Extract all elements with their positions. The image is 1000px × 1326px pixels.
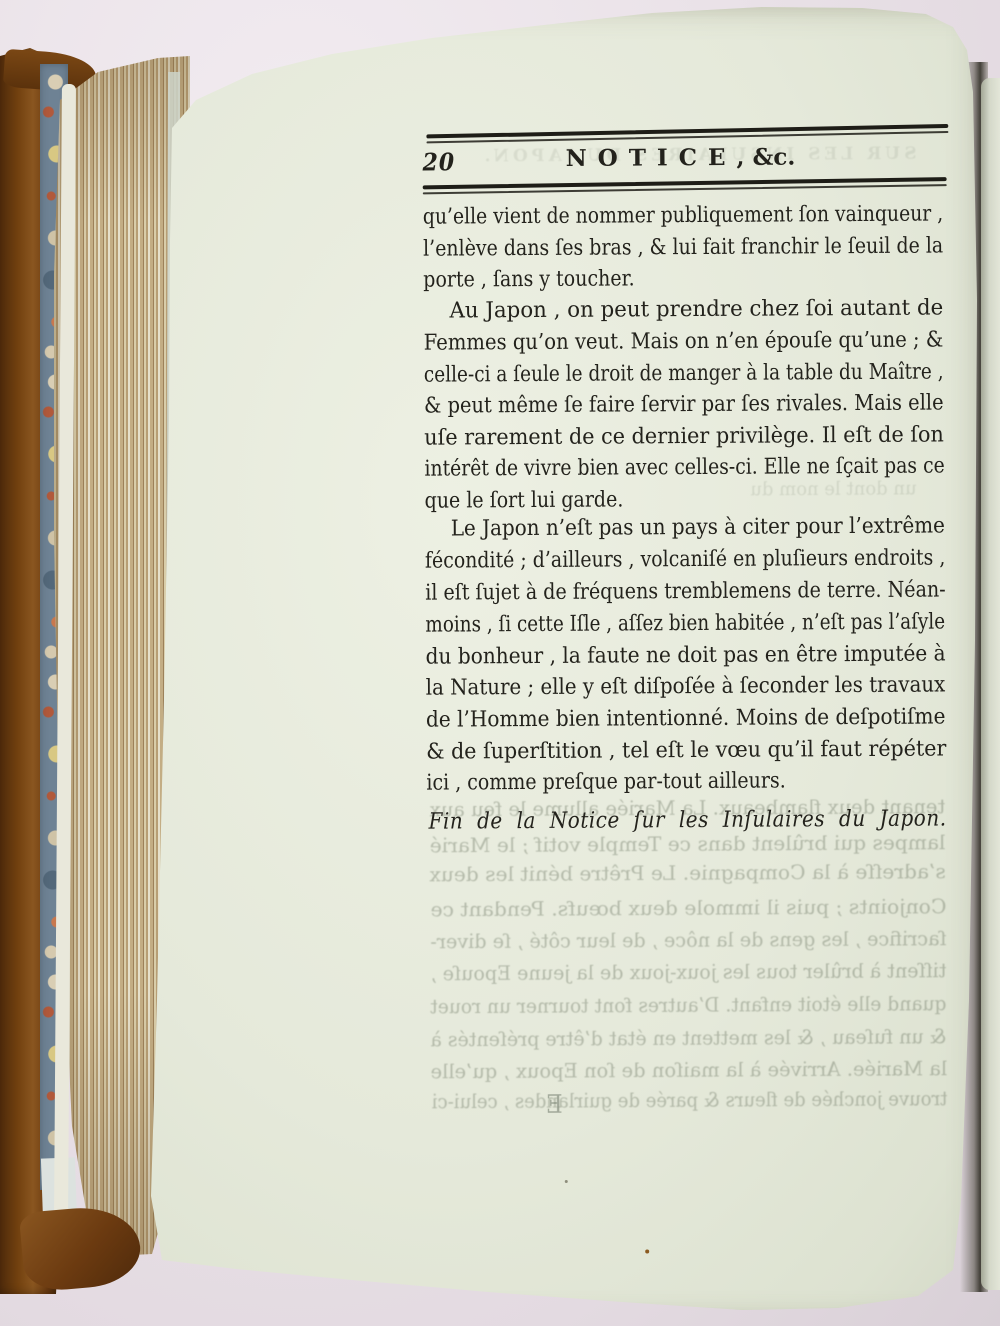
text-line: celle-ci a ſeule le droit de manger à la…	[424, 359, 946, 389]
fin-line: Fin de la Notice ſur les Inſulaires du J…	[426, 804, 948, 834]
running-title-word: NOTICE	[566, 144, 737, 172]
text-line: moins , ſi cette Iſle , aſſez bien habit…	[425, 609, 947, 639]
text-line: du bonheur , la faute ne doit pas en êtr…	[425, 641, 947, 671]
text-line: Femmes qu’on veut. Mais on n’en épouſe q…	[424, 327, 946, 357]
paper-speck	[645, 1249, 649, 1253]
text-line: ici , comme preſque par-tout ailleurs.	[426, 767, 948, 797]
text-line: fécondité ; d’ailleurs , volcaniſé en pl…	[425, 545, 947, 575]
book-photo-scene: SUR LES INSULAIRES DU JAPON. un dont le …	[0, 0, 1000, 1326]
text-line: Au Japon , on peut prendre chez ſoi auta…	[423, 294, 971, 324]
text-line: l’enlève dans ſes bras , & lui fait fran…	[423, 233, 945, 263]
text-line: qu’elle vient de nommer publiquement ſon…	[423, 201, 945, 231]
text-line: la Nature ; elle y eſt diſpoſée à ſecond…	[426, 672, 948, 702]
text-line: & de ſuperſtition , tel eſt le vœu qu’il…	[426, 736, 948, 766]
ghost-line: lampes qui brûlent dans ce Temple votif …	[427, 830, 949, 860]
running-title-etc: , &c.	[736, 144, 795, 171]
ghost-line: Conjoints ; puis il immole deux bœufs. P…	[427, 894, 949, 924]
text-line: porte , ſans y toucher.	[423, 264, 945, 294]
text-line: uſe rarement de ce dernier privilège. Il…	[424, 422, 946, 452]
ghost-line: s’adreſſe à la Compagnie. Le Prêtre béni…	[427, 859, 949, 889]
ghost-line: & un fuſeau , & les mettent en état d’êt…	[428, 1024, 950, 1054]
text-line: Le Japon n’eſt pas un pays à citer pour …	[425, 512, 973, 542]
text-line: il eſt ſujet à de fréquens tremblemens d…	[425, 577, 947, 607]
ghost-line: ſacrifice , les gens de la nôce , de leu…	[427, 926, 949, 956]
text-line: intérêt de vivre bien avec celles-ci. El…	[424, 453, 946, 483]
running-title: NOTICE, &c.	[418, 143, 942, 173]
header-rule-bottom	[423, 177, 947, 192]
text-line: de l’Homme bien intentionné. Moins de de…	[426, 704, 948, 734]
header-rule-top	[426, 124, 948, 141]
paper-speck	[565, 1180, 568, 1183]
ghost-line: tiſſent à brûler tous les joux-joux de l…	[427, 958, 949, 988]
ghost-line: quand elle étoit enfant. D’autres font t…	[428, 991, 950, 1021]
ghost-line: la Mariée. Arrivée à la maiſon de ſon Ep…	[428, 1056, 950, 1086]
ghost-signature-mark: E	[504, 1090, 604, 1119]
facing-page-sliver	[981, 78, 1000, 1290]
text-line: & peut même ſe faire ſervir par ſes riva…	[424, 390, 946, 420]
